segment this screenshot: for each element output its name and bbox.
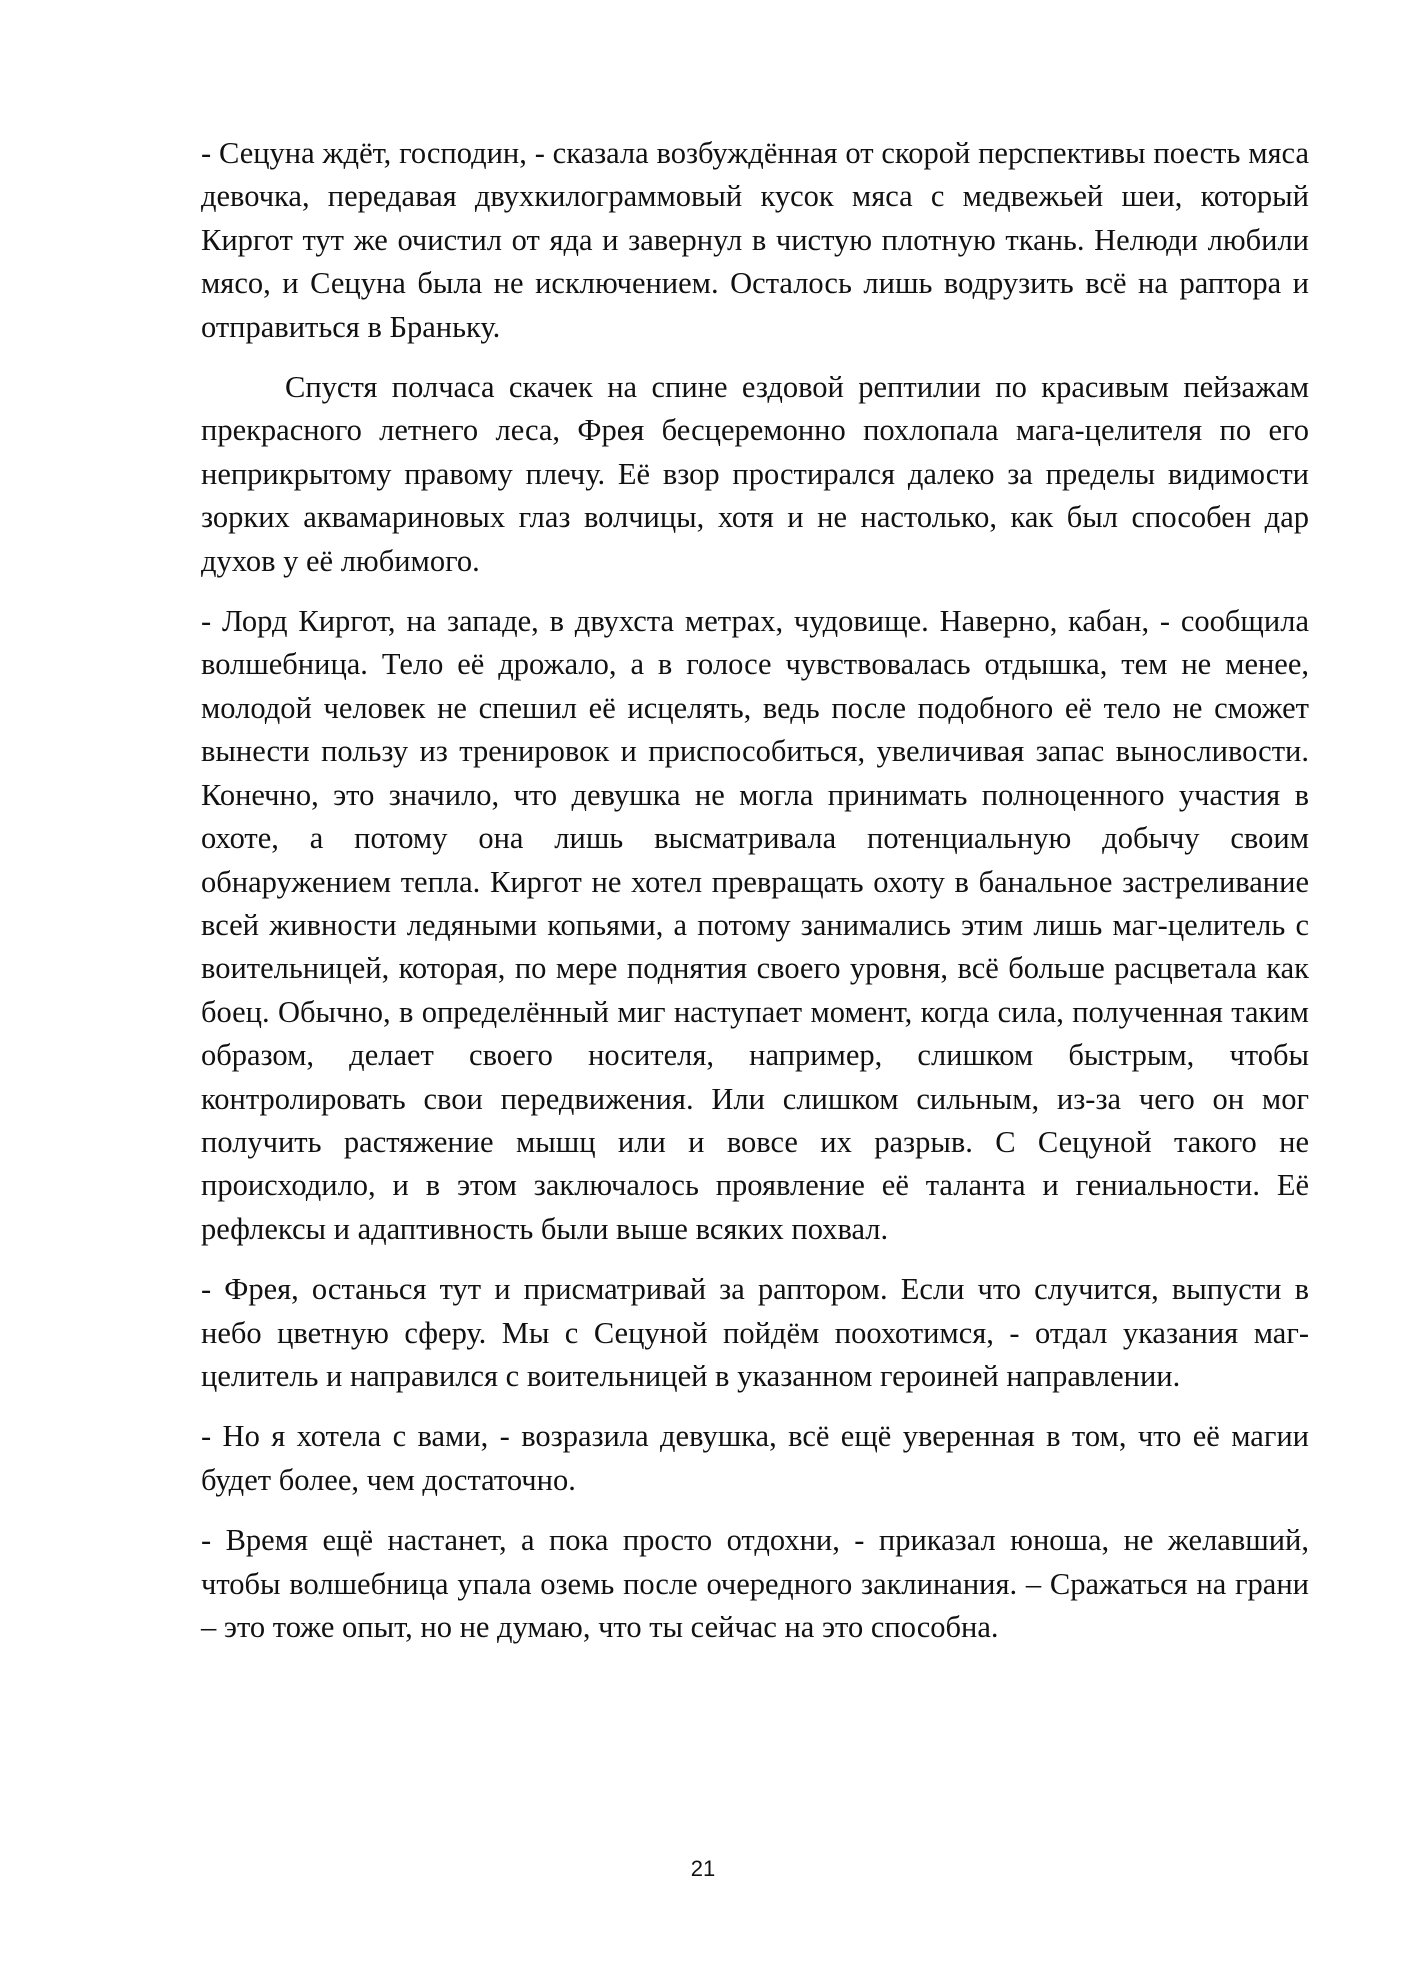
page-number: 21	[0, 1856, 1406, 1882]
paragraph-6: - Время ещё настанет, а пока просто отдо…	[201, 1519, 1309, 1649]
paragraph-3: - Лорд Киргот, на западе, в двухста метр…	[201, 600, 1309, 1251]
paragraph-4: - Фрея, останься тут и присматривай за р…	[201, 1268, 1309, 1398]
document-body: - Сецуна ждёт, господин, - сказала возбу…	[201, 132, 1309, 1666]
paragraph-2: Спустя полчаса скачек на спине ездовой р…	[201, 366, 1309, 583]
paragraph-5: - Но я хотела с вами, - возразила девушк…	[201, 1415, 1309, 1502]
document-page: - Сецуна ждёт, господин, - сказала возбу…	[0, 0, 1406, 1988]
paragraph-1: - Сецуна ждёт, господин, - сказала возбу…	[201, 132, 1309, 349]
